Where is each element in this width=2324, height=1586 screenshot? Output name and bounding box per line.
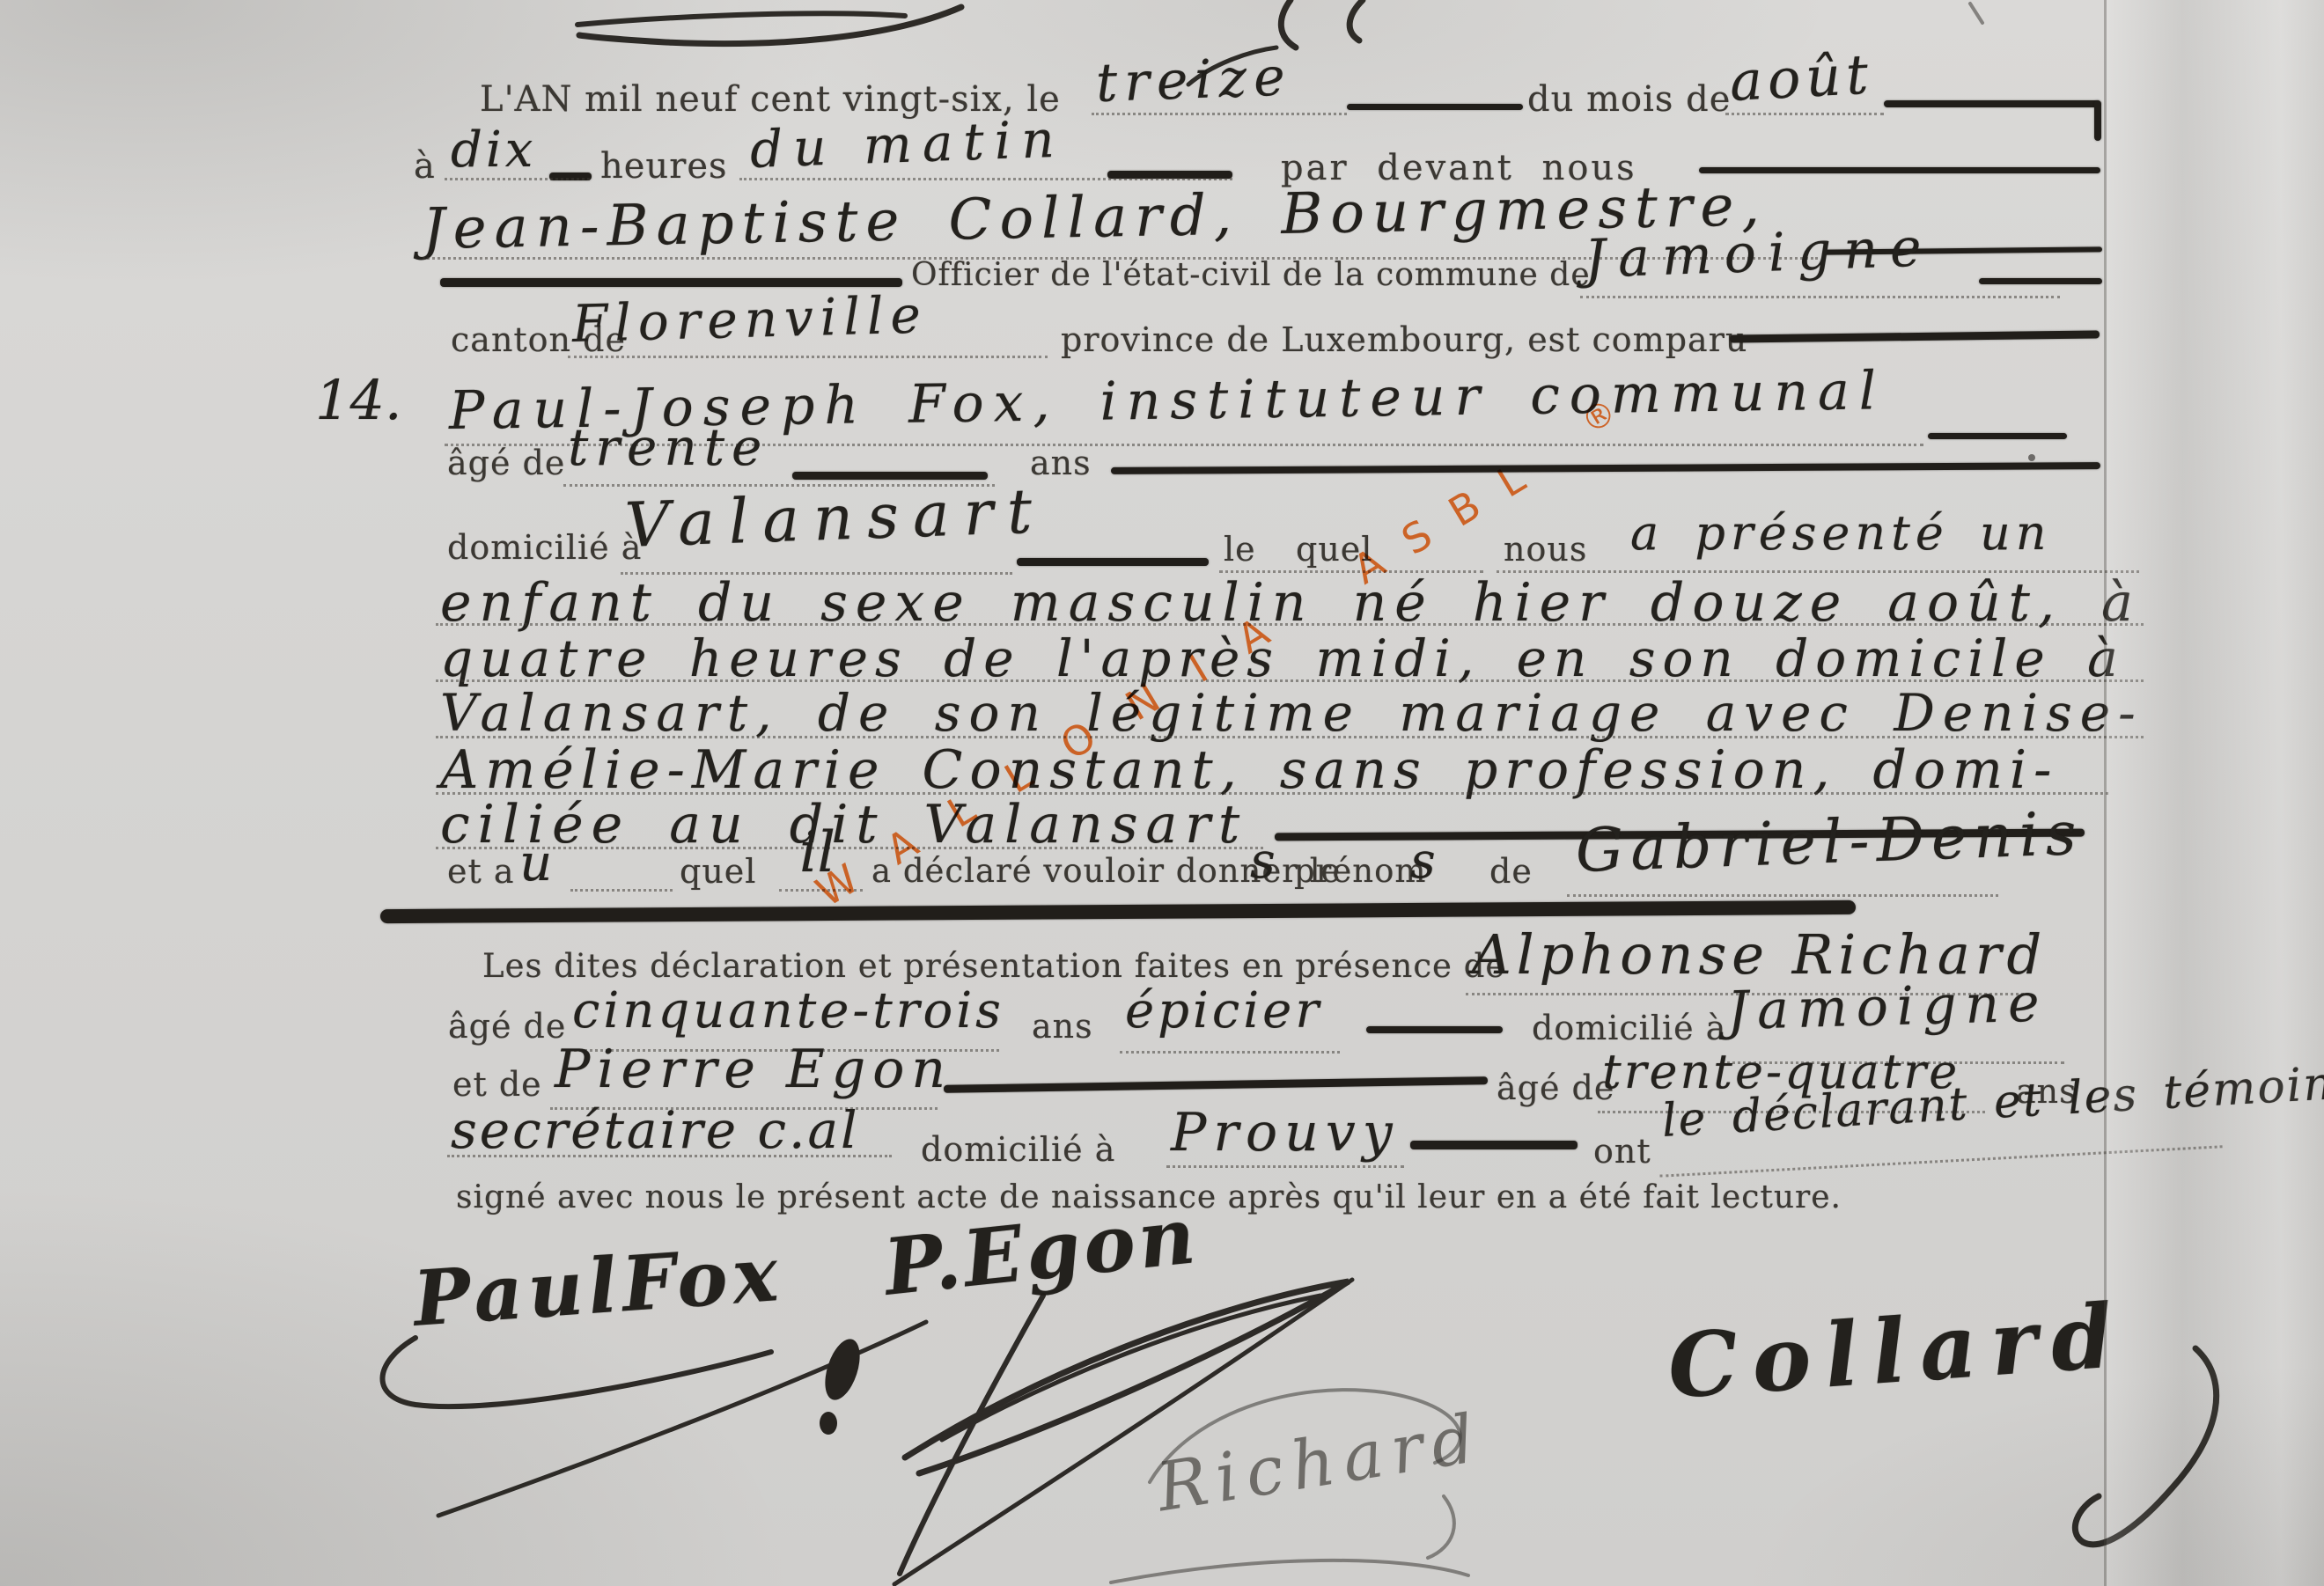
signature-declarant: PaulFox [410, 1230, 785, 1344]
written-s2: s [1410, 833, 1436, 890]
rule [944, 1076, 1488, 1093]
dotted-leader [568, 356, 1048, 358]
paper-edge-band [2107, 0, 2324, 1586]
rule [1410, 1141, 1578, 1149]
rule [1884, 100, 2100, 107]
printed-month-label: du mois de [1527, 79, 1731, 120]
written-witness2-domicile: Prouvy [1171, 1102, 1400, 1164]
rule [1928, 433, 2067, 439]
printed-province: province de Luxembourg, est comparu [1061, 320, 1747, 359]
printed-et-de: et de [452, 1065, 542, 1104]
dotted-leader [1120, 1051, 1340, 1054]
written-day: treize [1095, 46, 1293, 114]
printed-le: le [1224, 530, 1256, 569]
printed-heures: heures [600, 146, 728, 187]
rule [1699, 167, 2100, 173]
printed-nous: nous [1504, 530, 1587, 569]
written-witness2-name: Pierre Egon [555, 1039, 952, 1100]
dotted-leader [1166, 1165, 1404, 1168]
written-witness1-profession: épicier [1125, 982, 1322, 1039]
signature-witness1: Richard [1151, 1398, 1489, 1526]
rule-blank [440, 278, 902, 287]
written-canton: Florenville [571, 284, 929, 354]
paper-crease-line [2104, 0, 2107, 1586]
signature-officer: Collard [1665, 1283, 2130, 1419]
printed-age-label-2: âgé de [448, 1007, 566, 1046]
rule [1730, 330, 2100, 342]
written-commune: Jamoigne [1584, 217, 1935, 290]
written-age: trente [568, 417, 769, 477]
printed-prenom: prénom [1294, 852, 1426, 890]
rule [1979, 278, 2102, 284]
printed-quel-2: quel [680, 852, 756, 891]
rule [1017, 558, 1209, 566]
written-month: août [1728, 42, 1875, 114]
printed-et-a: et a [447, 852, 515, 891]
written-witness1-domicile: Jamoigne [1726, 972, 2048, 1042]
printed-age-label: âgé de [447, 444, 565, 482]
dotted-leader [436, 679, 2144, 682]
printed-ans-2: ans [1032, 1007, 1093, 1046]
printed-domicile-label: domicilié à [447, 528, 642, 567]
dotted-leader [570, 889, 673, 892]
written-s1: s [1250, 833, 1276, 890]
printed-witness-intro: Les dites déclaration et présentation fa… [482, 947, 1505, 985]
written-presented: a présenté un [1630, 505, 2052, 561]
written-officer-name: Jean-Baptiste Collard, Bourgmestre, [422, 173, 1768, 262]
section-separator-bar [380, 900, 1856, 923]
dotted-leader [1725, 113, 1884, 115]
printed-age-label-3: âgé de [1497, 1068, 1614, 1107]
written-body-3: Valansart, de son légitime mariage avec … [440, 683, 2144, 743]
printed-ont: ont [1593, 1132, 1651, 1171]
printed-de: de [1489, 852, 1533, 891]
written-domicile: Valansart [624, 474, 1048, 562]
written-child-given-names: Gabriel-Denis [1575, 799, 2085, 886]
rule-hook [2094, 100, 2101, 141]
dotted-leader [1567, 894, 1998, 897]
dotted-leader [447, 1155, 892, 1157]
rule [1366, 1026, 1503, 1033]
printed-domicile-label-3: domicilié à [921, 1130, 1115, 1169]
printed-civil-officer: Officier de l'état-civil de la commune d… [911, 257, 1591, 293]
dotted-leader [445, 178, 590, 180]
printed-a: à [414, 146, 436, 187]
scanned-birth-record: L'AN mil neuf cent vingt-six, le treize … [0, 0, 2324, 1586]
dotted-leader [739, 178, 1232, 180]
rule [1111, 462, 2100, 474]
printed-domicile-label-2: domicilié à [1532, 1009, 1726, 1047]
rule [1347, 104, 1523, 110]
written-morning: du matin [749, 109, 1066, 180]
dotted-leader [436, 736, 2144, 738]
dotted-leader [1092, 113, 1347, 115]
written-witness1-age: cinquante-trois [572, 982, 1004, 1039]
dotted-leader [1580, 296, 2060, 298]
written-u: u [519, 833, 552, 892]
written-witness2-profession: secrétaire c.al [451, 1100, 860, 1160]
written-hour: dix [451, 121, 536, 179]
margin-record-number: 14. [315, 368, 402, 432]
